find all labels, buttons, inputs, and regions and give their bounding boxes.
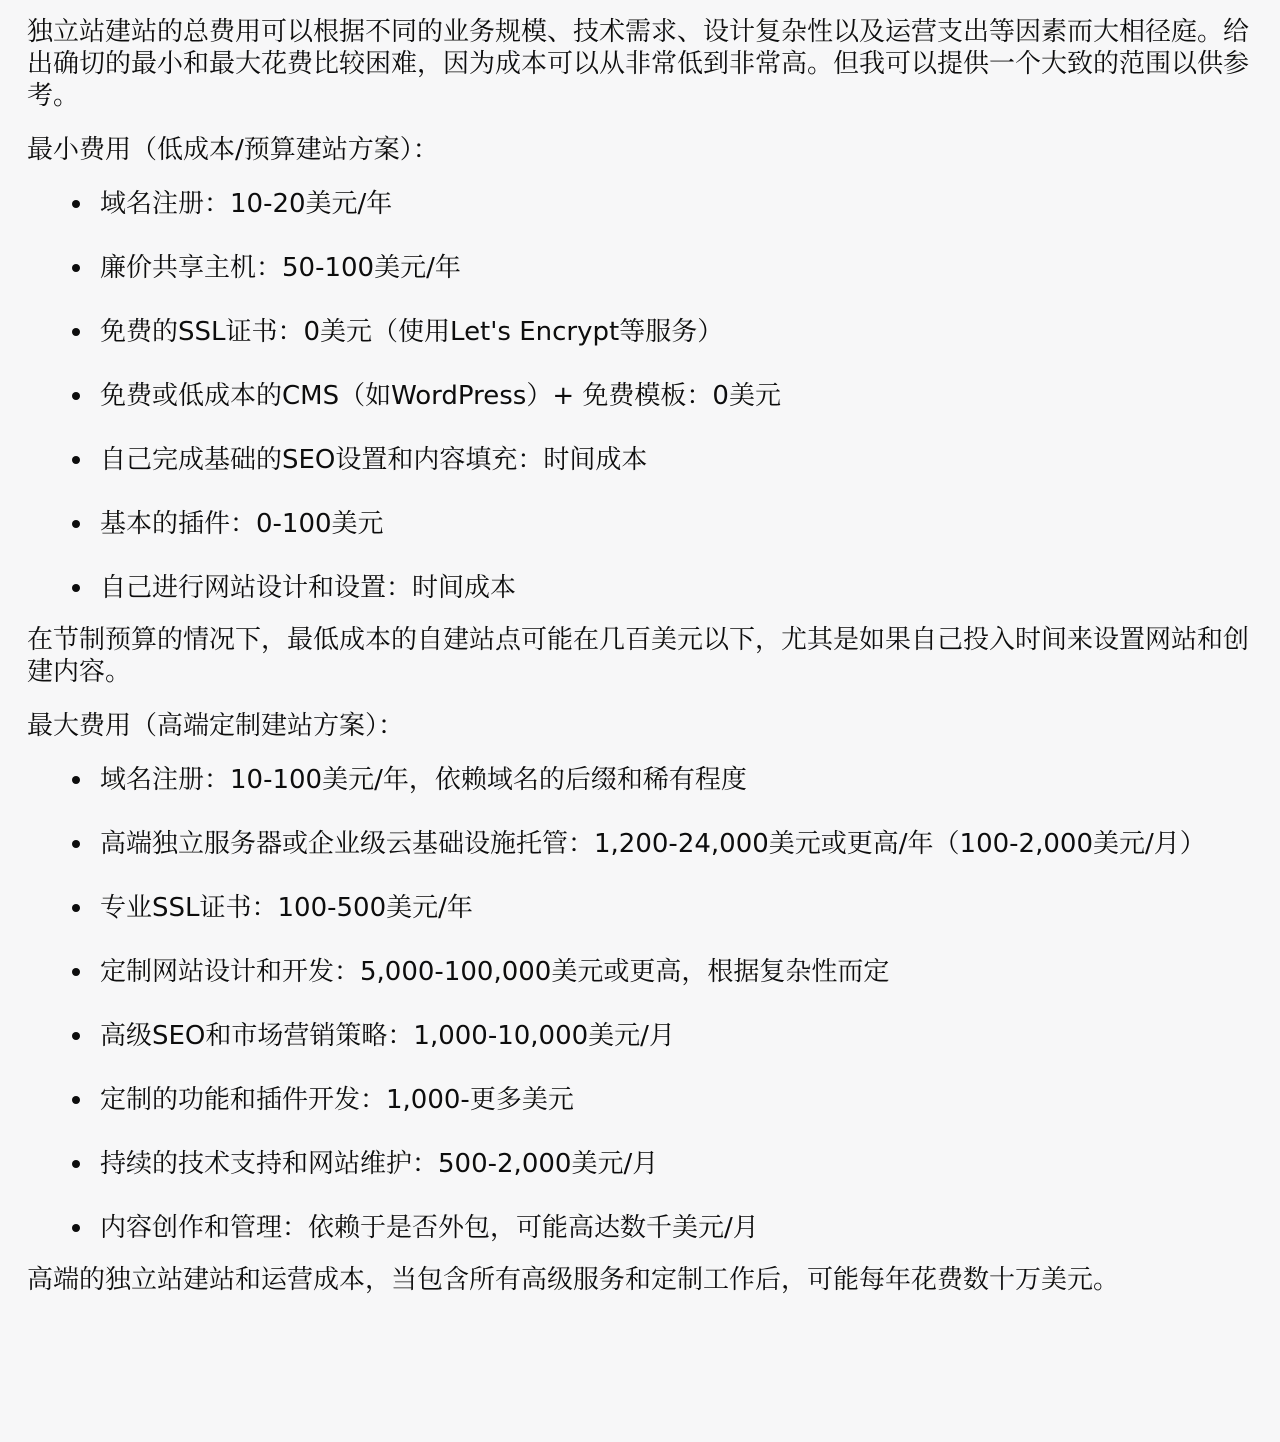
list-item: 专业SSL证书：100-500美元/年 (27, 892, 1252, 924)
list-item: 持续的技术支持和网站维护：500-2,000美元/月 (27, 1148, 1252, 1180)
max-cost-heading: 最大费用（高端定制建站方案）： (27, 710, 1252, 742)
min-cost-list: 域名注册：10-20美元/年 廉价共享主机：50-100美元/年 免费的SSL证… (27, 188, 1252, 604)
list-item: 高端独立服务器或企业级云基础设施托管：1,200-24,000美元或更高/年（1… (27, 828, 1252, 860)
list-item: 域名注册：10-100美元/年，依赖域名的后缀和稀有程度 (27, 764, 1252, 796)
max-cost-list: 域名注册：10-100美元/年，依赖域名的后缀和稀有程度 高端独立服务器或企业级… (27, 764, 1252, 1244)
list-item: 自己进行网站设计和设置：时间成本 (27, 572, 1252, 604)
list-item: 定制的功能和插件开发：1,000-更多美元 (27, 1084, 1252, 1116)
list-item: 高级SEO和市场营销策略：1,000-10,000美元/月 (27, 1020, 1252, 1052)
list-item: 免费的SSL证书：0美元（使用Let's Encrypt等服务） (27, 316, 1252, 348)
min-cost-heading: 最小费用（低成本/预算建站方案）： (27, 134, 1252, 166)
max-cost-summary: 高端的独立站建站和运营成本，当包含所有高级服务和定制工作后，可能每年花费数十万美… (27, 1264, 1252, 1296)
list-item: 廉价共享主机：50-100美元/年 (27, 252, 1252, 284)
min-cost-summary: 在节制预算的情况下，最低成本的自建站点可能在几百美元以下，尤其是如果自己投入时间… (27, 624, 1252, 688)
document-body: 独立站建站的总费用可以根据不同的业务规模、技术需求、设计复杂性以及运营支出等因素… (0, 0, 1280, 1296)
intro-paragraph: 独立站建站的总费用可以根据不同的业务规模、技术需求、设计复杂性以及运营支出等因素… (27, 16, 1252, 112)
list-item: 定制网站设计和开发：5,000-100,000美元或更高，根据复杂性而定 (27, 956, 1252, 988)
list-item: 内容创作和管理：依赖于是否外包，可能高达数千美元/月 (27, 1212, 1252, 1244)
list-item: 自己完成基础的SEO设置和内容填充：时间成本 (27, 444, 1252, 476)
list-item: 免费或低成本的CMS（如WordPress）+ 免费模板：0美元 (27, 380, 1252, 412)
list-item: 域名注册：10-20美元/年 (27, 188, 1252, 220)
list-item: 基本的插件：0-100美元 (27, 508, 1252, 540)
